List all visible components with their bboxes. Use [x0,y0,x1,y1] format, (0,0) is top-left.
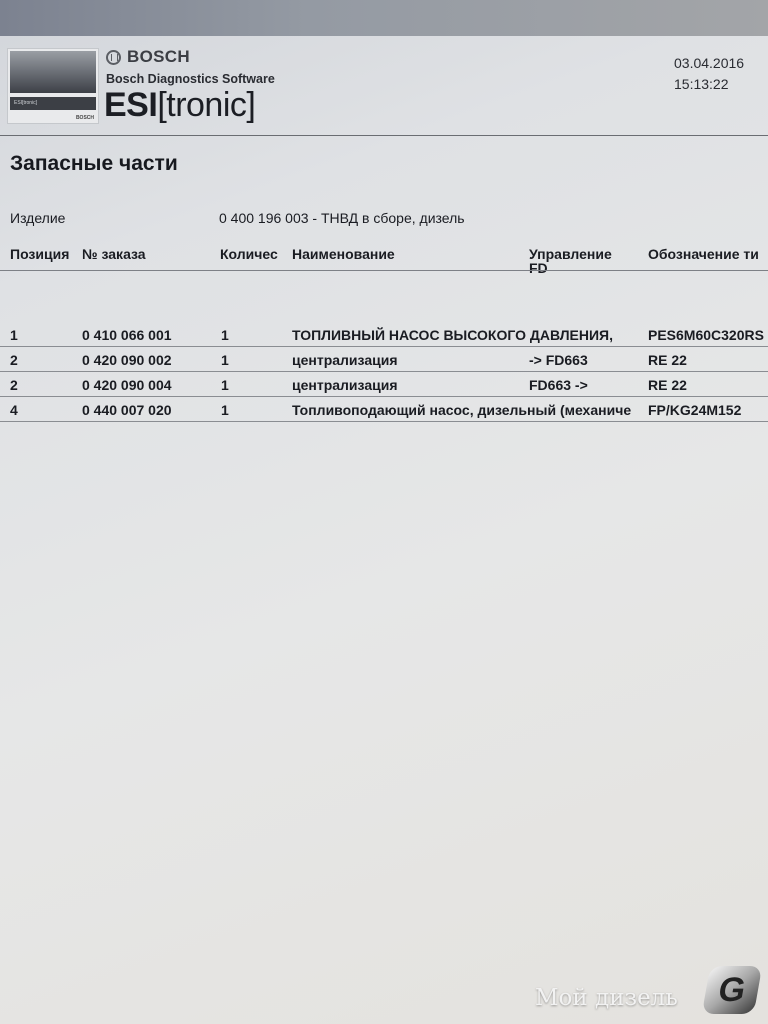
header-divider [0,135,768,136]
bosch-armature-icon [106,50,121,65]
cell-name: ТОПЛИВНЫЙ НАСОС ВЫСОКОГО ДАВЛЕНИЯ, [292,327,633,343]
cell-order-no: 0 420 090 002 [82,352,172,368]
table-row: 2 0 420 090 002 1 централизация -> FD663… [0,347,768,372]
column-header-name: Наименование [292,246,395,262]
watermark-logo-icon: G [702,966,762,1014]
product-logo: ESI[tronic] [104,86,255,125]
column-header-type-designation: Обозначение ти [648,246,759,262]
cell-quantity: 1 [221,402,229,418]
table-header-divider [0,270,768,271]
cell-type-designation: PES6M60C320RS [648,327,768,343]
cover-band: ESI[tronic] [10,97,96,110]
print-timestamp: 03.04.2016 15:13:22 [674,53,744,95]
page-title: Запасные части [10,152,178,176]
table-row: 4 0 440 007 020 1 Топливоподающий насос,… [0,397,768,422]
column-header-quantity: Количес [220,246,278,262]
column-header-control-fd-line2: FD [529,260,612,276]
product-logo-rest: [tronic] [157,86,255,124]
product-label: Изделие [10,210,65,226]
cell-control-fd: -> FD663 [529,352,588,368]
cell-position: 2 [10,352,18,368]
bosch-logo: BOSCH [106,47,190,67]
cell-type-designation: RE 22 [648,352,768,368]
cell-position: 2 [10,377,18,393]
cell-position: 1 [10,327,18,343]
background-surface [0,0,768,38]
cell-position: 4 [10,402,18,418]
cell-type-designation: RE 22 [648,377,768,393]
cell-order-no: 0 420 090 004 [82,377,172,393]
column-header-control-fd: Управление FD [529,246,612,276]
cell-quantity: 1 [221,327,229,343]
table-row: 2 0 420 090 004 1 централизация FD663 ->… [0,372,768,397]
esi-tronic-cover-image: ESI[tronic] BOSCH [7,48,99,124]
product-value: 0 400 196 003 - ТНВД в сборе, дизель [219,210,465,226]
cell-quantity: 1 [221,377,229,393]
print-date: 03.04.2016 [674,53,744,74]
table-row: 1 0 410 066 001 1 ТОПЛИВНЫЙ НАСОС ВЫСОКО… [0,322,768,347]
watermark-text: Мой дизель [535,985,678,1011]
cell-type-designation: FP/KG24M152 [648,402,741,418]
cell-control-fd: FD663 -> [529,377,588,393]
cell-order-no: 0 410 066 001 [82,327,172,343]
workshop-photo [10,51,96,93]
printed-sheet [0,36,768,1024]
cover-bosch-logo: BOSCH [76,115,94,121]
print-time: 15:13:22 [674,74,744,95]
product-logo-bold: ESI [104,86,157,124]
cell-order-no: 0 440 007 020 [82,402,172,418]
column-header-order-no: № заказа [82,246,146,262]
software-name: Bosch Diagnostics Software [106,72,275,86]
column-header-position: Позиция [10,246,69,262]
cell-quantity: 1 [221,352,229,368]
bosch-wordmark: BOSCH [127,47,190,67]
cell-name: Топливоподающий насос, дизельный (механи… [292,402,647,418]
